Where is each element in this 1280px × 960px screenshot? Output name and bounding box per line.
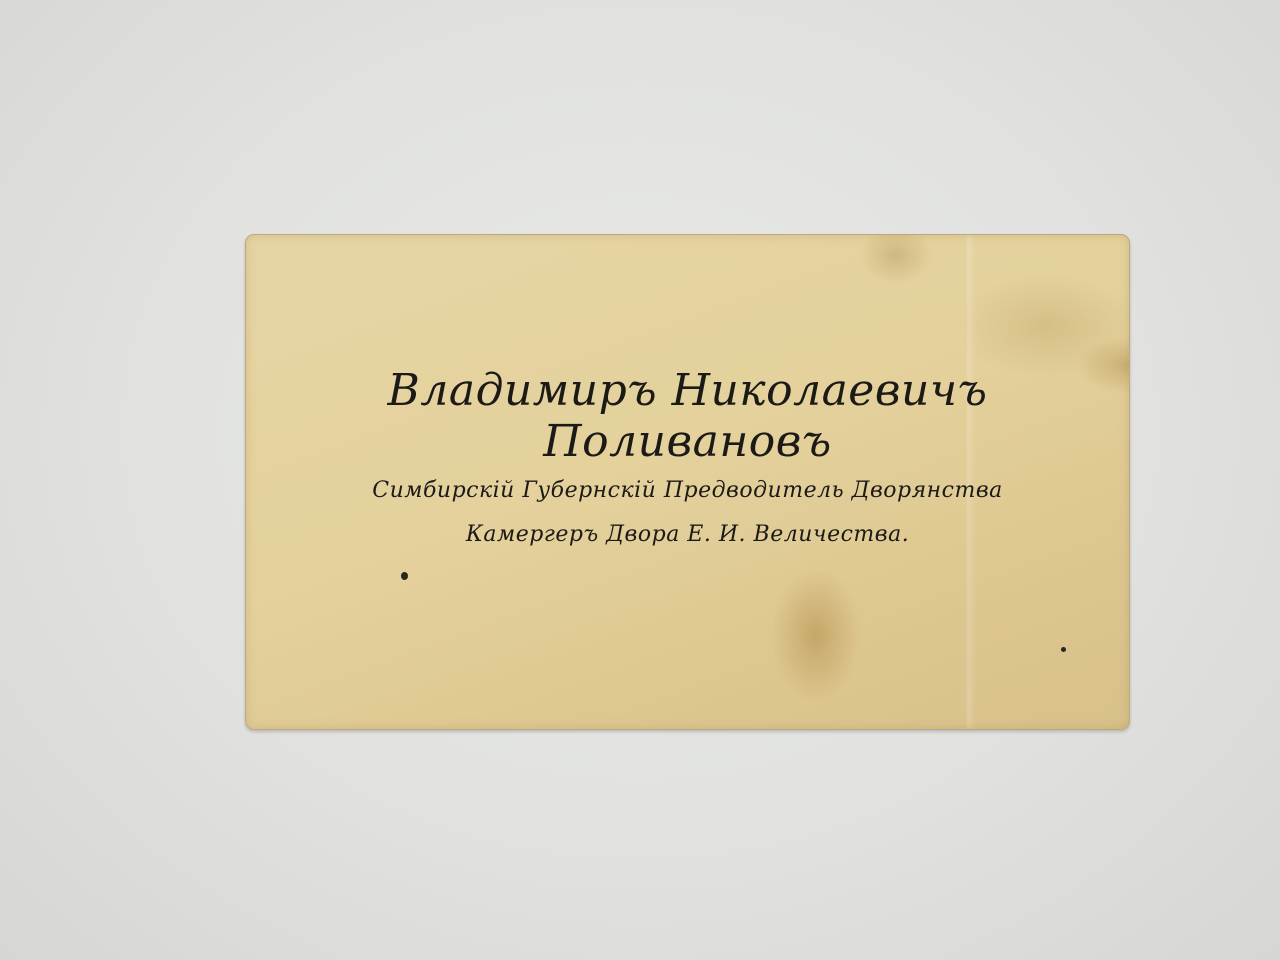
ink-spot	[401, 572, 408, 580]
card-title-line-2: Камергеръ Двора Е. И. Величества.	[246, 522, 1129, 547]
card-name: Владимиръ Николаевичъ Поливановъ	[246, 365, 1129, 467]
ink-spot	[1061, 647, 1066, 652]
card-title-line-1: Симбирскій Губернскій Предводитель Дворя…	[246, 478, 1129, 503]
visiting-card: Владимиръ Николаевичъ Поливановъ Симбирс…	[245, 234, 1130, 730]
